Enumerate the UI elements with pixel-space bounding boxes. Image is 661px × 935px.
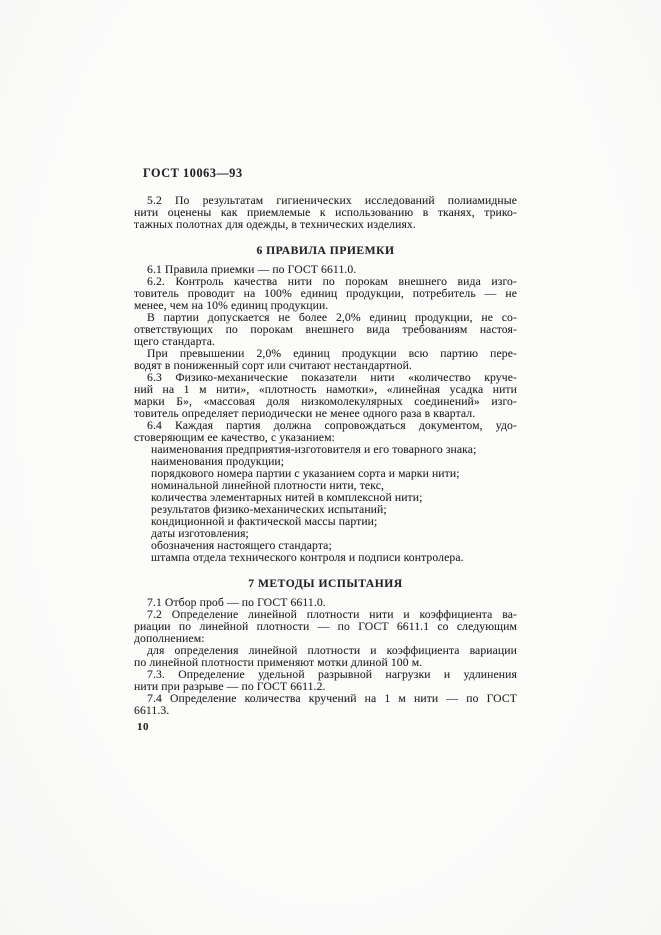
paragraph: 5.2 По результатам гигиенических исследо… <box>134 195 517 231</box>
paragraph: 7.4 Определение количества кручений на 1… <box>134 693 517 717</box>
document-body: 5.2 По результатам гигиенических исследо… <box>134 195 517 717</box>
detail-list: наименования предприятия-изготовителя и … <box>134 444 517 564</box>
scanned-page: ГОСТ 10063—93 5.2 По результатам гигиени… <box>0 0 661 935</box>
paragraph: В партии допускается не более 2,0% едини… <box>134 312 517 348</box>
document-sheet: ГОСТ 10063—93 5.2 По результатам гигиени… <box>134 167 517 733</box>
text-line: тажных полотнах для одежды, в технически… <box>134 219 517 231</box>
paragraph: 6.4 Каждая партия должна сопровождаться … <box>134 420 517 444</box>
page-number: 10 <box>134 721 517 733</box>
paragraph: 6.2. Контроль качества нити по порокам в… <box>134 276 517 312</box>
list-item: штампа отдела технического контроля и по… <box>134 552 517 564</box>
text-line: 7.4 Определение количества кручений на 1… <box>134 693 517 705</box>
paragraph: 6.3 Физико-механические показатели нити … <box>134 372 517 420</box>
paragraph: 7.2 Определение линейной плотности нити … <box>134 609 517 645</box>
paragraph: для определения линейной плотности и коэ… <box>134 645 517 669</box>
paragraph: При превышении 2,0% единиц продукции всю… <box>134 348 517 372</box>
paragraph: 7.3. Определение удельной разрывной нагр… <box>134 669 517 693</box>
text-line: 6611.3. <box>134 705 517 717</box>
section-heading: 7 МЕТОДЫ ИСПЫТАНИЯ <box>134 578 517 590</box>
section-heading: 6 ПРАВИЛА ПРИЕМКИ <box>134 245 517 257</box>
document-code: ГОСТ 10063—93 <box>134 167 517 179</box>
